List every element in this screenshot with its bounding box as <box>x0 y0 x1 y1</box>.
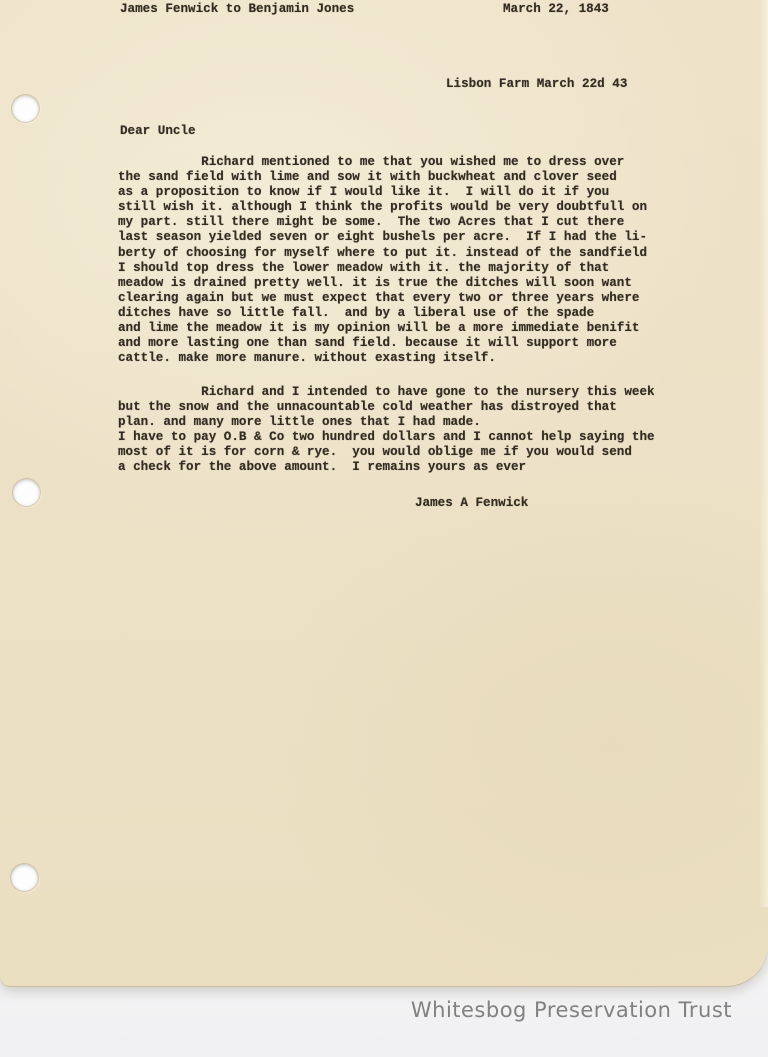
letter-line: and lime the meadow it is my opinion wil… <box>118 321 647 336</box>
letter-line: but the snow and the unnacountable cold … <box>118 400 655 415</box>
letter-line: as a proposition to know if I would like… <box>118 185 647 200</box>
letter-line: a check for the above amount. I remains … <box>118 460 655 475</box>
letter-line: most of it is for corn & rye. you would … <box>118 445 655 460</box>
letter-line: Richard mentioned to me that you wished … <box>118 155 647 170</box>
punch-hole-bottom <box>11 864 38 891</box>
letter-line: plan. and many more little ones that I h… <box>118 415 655 430</box>
letter-line: meadow is drained pretty well. it is tru… <box>118 276 647 291</box>
punch-hole-top <box>12 95 39 122</box>
letter-line: and more lasting one than sand field. be… <box>118 336 647 351</box>
letter-line: the sand field with lime and sow it with… <box>118 170 647 185</box>
watermark: Whitesbog Preservation Trust <box>411 998 732 1022</box>
letter-salutation: Dear Uncle <box>120 124 196 139</box>
letter-signature: James A Fenwick <box>415 496 528 511</box>
archive-caption: James Fenwick to Benjamin Jones <box>120 2 354 17</box>
letter-line: cattle. make more manure. without exasti… <box>118 351 647 366</box>
letter-page: James Fenwick to Benjamin Jones March 22… <box>0 0 768 986</box>
letter-line: Richard and I intended to have gone to t… <box>118 385 655 400</box>
letter-line: my part. still there might be some. The … <box>118 215 647 230</box>
letter-line: I should top dress the lower meadow with… <box>118 261 647 276</box>
letter-line: ditches have so little fall. and by a li… <box>118 306 647 321</box>
letter-line: berty of choosing for myself where to pu… <box>118 246 647 261</box>
scan-background: James Fenwick to Benjamin Jones March 22… <box>0 0 768 1057</box>
punch-hole-middle <box>13 479 40 506</box>
letter-line: still wish it. although I think the prof… <box>118 200 647 215</box>
letter-line: last season yielded seven or eight bushe… <box>118 230 647 245</box>
letter-paragraph-1: Richard mentioned to me that you wished … <box>118 155 647 366</box>
letter-dateline: Lisbon Farm March 22d 43 <box>446 77 627 92</box>
letter-paragraph-2: Richard and I intended to have gone to t… <box>118 385 655 476</box>
letter-line: clearing again but we must expect that e… <box>118 291 647 306</box>
archive-caption-date: March 22, 1843 <box>503 2 609 17</box>
letter-line: I have to pay O.B & Co two hundred dolla… <box>118 430 655 445</box>
